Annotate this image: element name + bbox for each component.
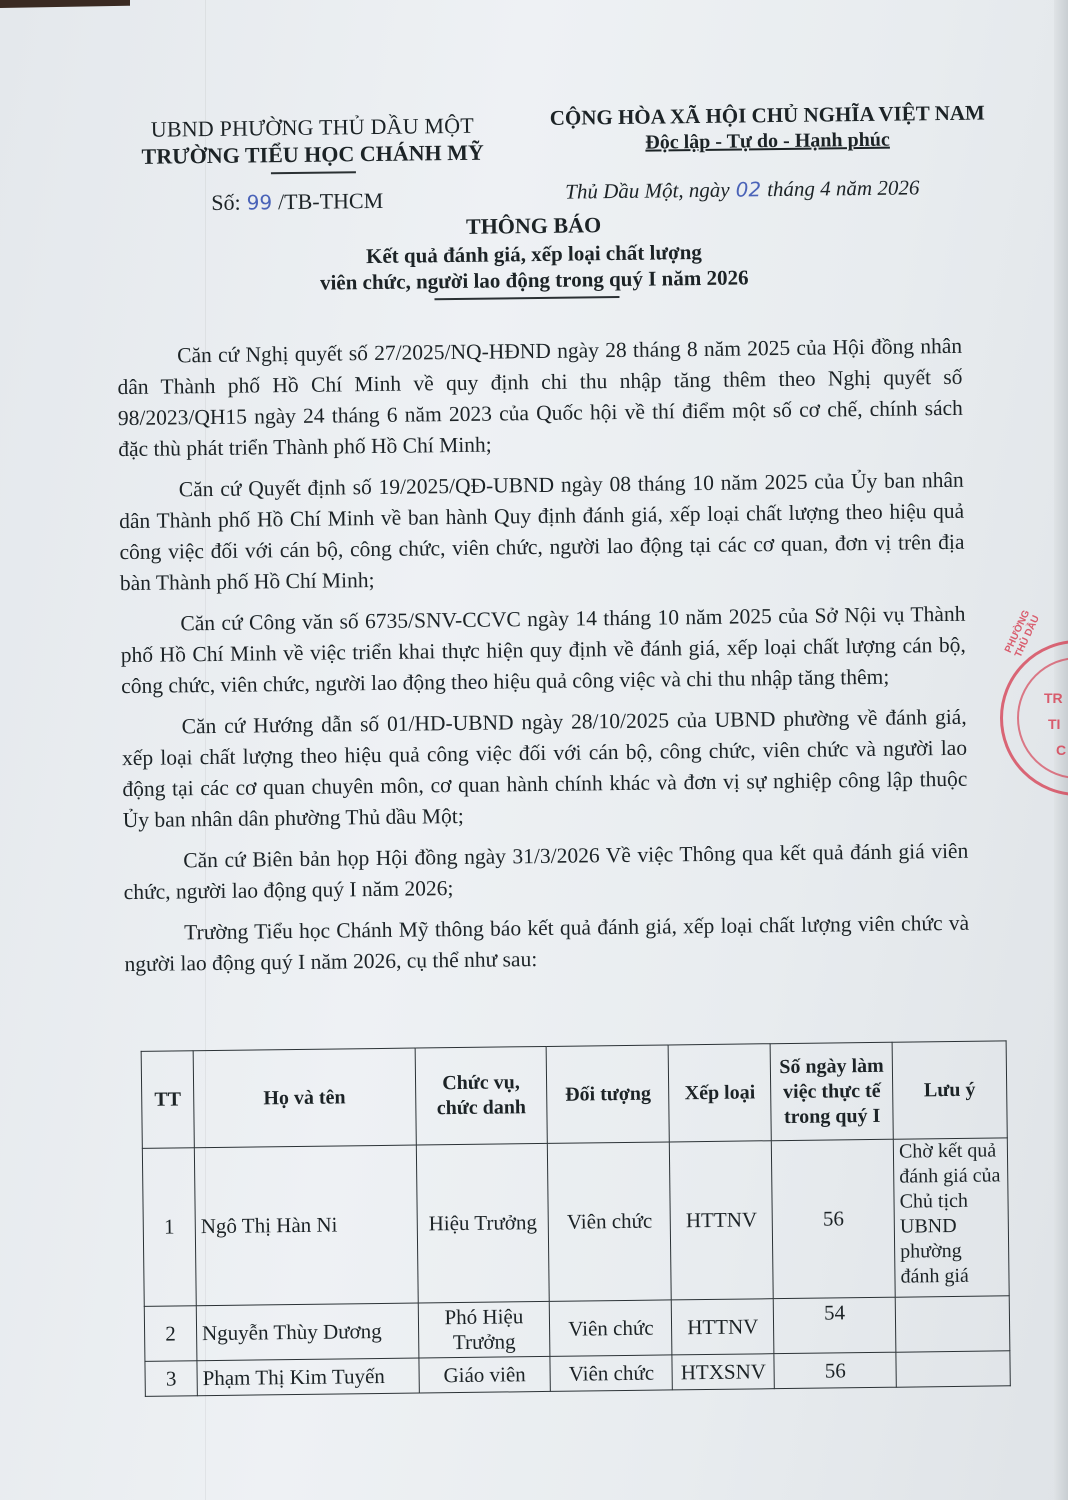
document-number: Số:99/TB-THCM: [211, 188, 383, 216]
results-table-container: TT Họ và tên Chức vụ, chức danh Đối tượn…: [141, 1040, 1011, 1397]
col-header-position: Chức vụ, chức danh: [415, 1046, 548, 1145]
stamp-inner-text-3: C: [1056, 742, 1066, 758]
header-divider: [270, 171, 355, 174]
doc-number-suffix: /TB-THCM: [278, 188, 383, 214]
cell-name: Nguyễn Thùy Dương: [196, 1303, 418, 1361]
cell-tt: 2: [144, 1306, 197, 1362]
cell-rating: HTTNV: [670, 1141, 774, 1300]
cell-days: 56: [772, 1139, 896, 1298]
results-table: TT Họ và tên Chức vụ, chức danh Đối tượn…: [141, 1040, 1011, 1397]
notice-title-block: THÔNG BÁO Kết quả đánh giá, xếp loại chấ…: [263, 210, 804, 302]
col-header-rating: Xếp loại: [668, 1044, 771, 1142]
cell-name: Phạm Thị Kim Tuyến: [197, 1358, 419, 1396]
legal-basis-paragraph: Căn cứ Hướng dẫn số 01/HD-UBND ngày 28/1…: [122, 702, 968, 836]
announcement-paragraph: Trường Tiểu học Chánh Mỹ thông báo kết q…: [124, 908, 970, 980]
cell-tt: 1: [142, 1148, 196, 1307]
cell-note: [895, 1296, 1010, 1352]
col-header-name: Họ và tên: [193, 1048, 416, 1148]
issuing-authority: UBND PHƯỜNG THỦ DẦU MỘT: [122, 112, 502, 143]
national-motto: Độc lập - Tự do - Hạnh phúc: [532, 127, 1002, 156]
title-divider: [434, 296, 619, 300]
document-page: UBND PHƯỜNG THỦ DẦU MỘT TRƯỜNG TIỂU HỌC …: [0, 0, 1068, 1500]
cell-rating: HTTNV: [671, 1299, 774, 1355]
table-row: 1 Ngô Thị Hàn Ni Hiệu Trưởng Viên chức H…: [142, 1138, 1009, 1307]
issuer-header: UBND PHƯỜNG THỦ DẦU MỘT TRƯỜNG TIỂU HỌC …: [122, 112, 503, 175]
legal-basis-paragraph: Căn cứ Quyết định số 19/2025/QĐ-UBND ngà…: [119, 465, 965, 599]
place-date-prefix: Thủ Dầu Một, ngày: [565, 178, 730, 204]
notice-subtitle-2: viên chức, người lao động trong quý I nă…: [264, 265, 804, 297]
col-header-days: Số ngày làm việc thực tế trong quý I: [770, 1042, 893, 1140]
stamp-inner-text-1: TR: [1044, 690, 1063, 706]
table-header-row: TT Họ và tên Chức vụ, chức danh Đối tượn…: [141, 1041, 1007, 1149]
col-header-type: Đối tượng: [547, 1045, 670, 1143]
cell-type: Viên chức: [550, 1355, 672, 1391]
legal-basis-paragraph: Căn cứ Nghị quyết số 27/2025/NQ-HĐND ngà…: [117, 331, 963, 465]
cell-position: Phó Hiệu Trưởng: [418, 1301, 551, 1358]
col-header-tt: TT: [141, 1051, 194, 1149]
cell-type: Viên chức: [548, 1142, 672, 1301]
notice-body: Căn cứ Nghị quyết số 27/2025/NQ-HĐND ngà…: [117, 331, 970, 990]
school-name: TRƯỜNG TIỂU HỌC CHÁNH MỸ: [123, 139, 503, 170]
doc-number-handwritten: 99: [241, 190, 279, 214]
legal-basis-paragraph: Căn cứ Biên bản họp Hội đồng ngày 31/3/2…: [123, 836, 969, 908]
day-handwritten: 02: [730, 177, 768, 201]
cell-days: 56: [774, 1352, 896, 1388]
national-header: CỘNG HÒA XÃ HỘI CHỦ NGHĨA VIỆT NAM Độc l…: [532, 100, 1003, 156]
cell-note: Chờ kết quả đánh giá của Chủ tịch UBND p…: [893, 1138, 1009, 1297]
cell-type: Viên chức: [550, 1300, 673, 1356]
cell-days: 54: [773, 1297, 895, 1353]
legal-basis-paragraph: Căn cứ Công văn số 6735/SNV-CCVC ngày 14…: [120, 599, 966, 702]
cell-note: [896, 1351, 1010, 1387]
cell-rating: HTXSNV: [672, 1354, 774, 1390]
doc-number-prefix: Số:: [211, 190, 241, 215]
notice-title: THÔNG BÁO: [263, 210, 803, 243]
place-date-suffix: tháng 4 năm 2026: [767, 175, 920, 201]
stamp-inner-text-2: TI: [1048, 716, 1060, 732]
cell-name: Ngô Thị Hàn Ni: [194, 1145, 418, 1306]
cell-position: Giáo viên: [418, 1356, 550, 1393]
country-name: CỘNG HÒA XÃ HỘI CHỦ NGHĨA VIỆT NAM: [532, 100, 1002, 131]
place-and-date: Thủ Dầu Một, ngày02tháng 4 năm 2026: [565, 175, 919, 204]
cell-position: Hiệu Trưởng: [416, 1143, 550, 1303]
cell-tt: 3: [145, 1361, 197, 1397]
col-header-note: Lưu ý: [892, 1041, 1007, 1139]
